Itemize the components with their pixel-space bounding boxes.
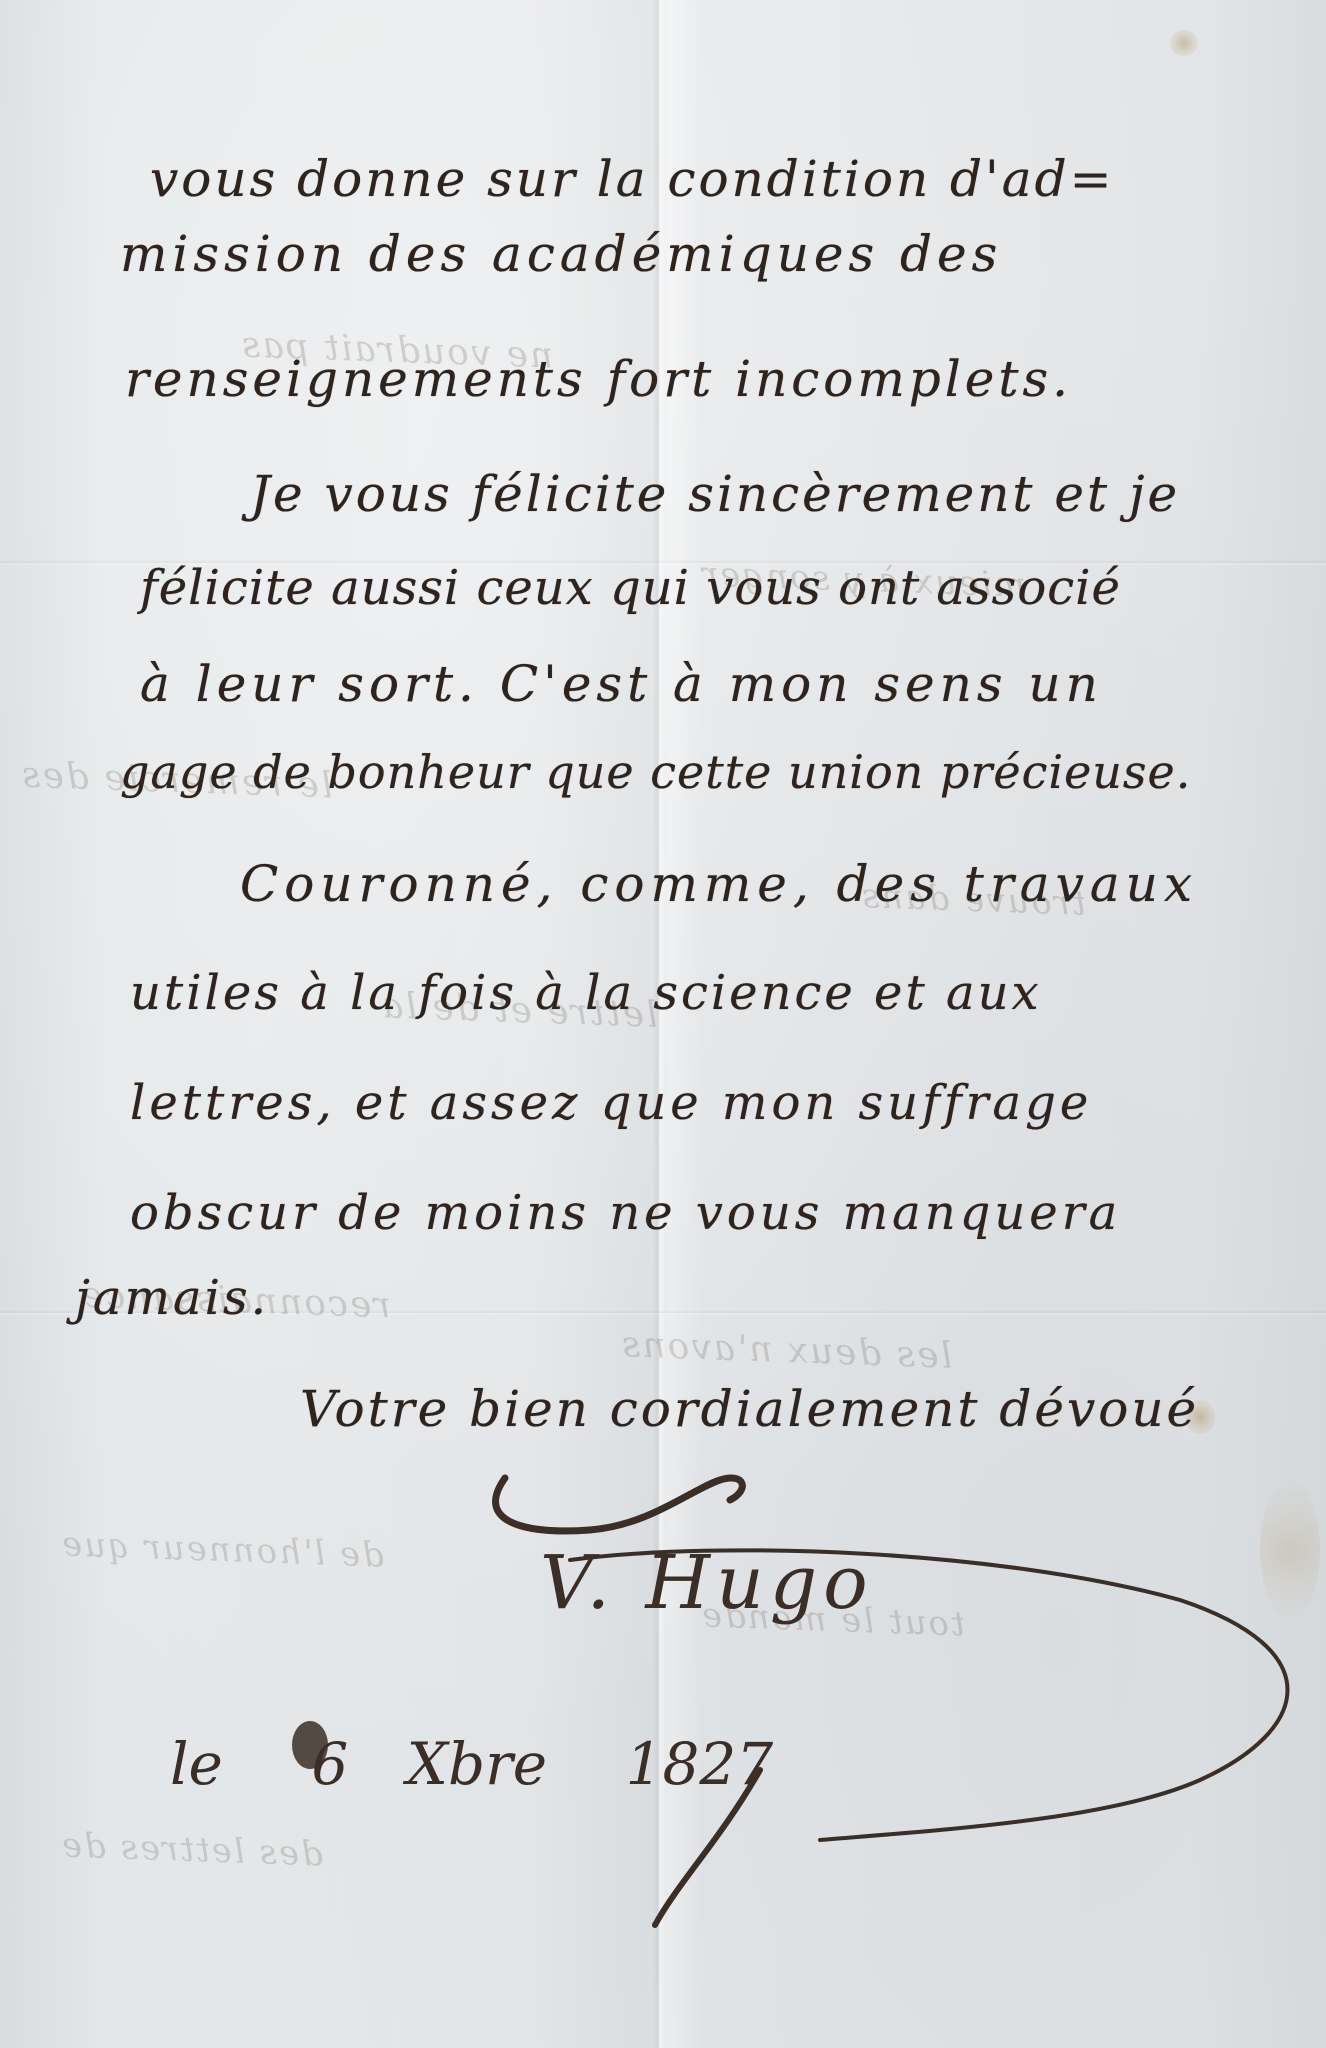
letter-line: renseignements fort incomplets.: [125, 350, 1072, 408]
show-through-text: de l'honneur que: [59, 1524, 384, 1575]
date-month: Xbre: [407, 1730, 547, 1798]
signature: V. Hugo: [540, 1540, 874, 1626]
letter-closing: Votre bien cordialement dévoué: [300, 1380, 1199, 1438]
paper-stain: [1260, 1480, 1320, 1620]
date-day: 6: [311, 1730, 348, 1798]
letter-line: Je vous félicite sincèrement et je: [250, 465, 1180, 523]
date-year: 1827: [626, 1730, 774, 1798]
show-through-text: des lettres de: [59, 1825, 323, 1874]
letter-line: mission des académiques des: [120, 225, 1002, 283]
letter-line: gage de bonheur que cette union précieus…: [120, 745, 1191, 799]
letter-line: utiles à la fois à la science et aux: [130, 965, 1042, 1021]
paper-stain: [1170, 30, 1198, 56]
show-through-text: les deux n'avons: [619, 1324, 952, 1377]
letter-date: le 6 Xbre 1827: [170, 1730, 773, 1798]
letter-line: vous donne sur la condition d'ad=: [150, 150, 1115, 208]
letter-line: Couronné, comme, des travaux: [240, 855, 1198, 913]
letter-line: à leur sort. C'est à mon sens un: [140, 655, 1103, 713]
letter-line: lettres, et assez que mon suffrage: [130, 1075, 1092, 1131]
date-prefix: le: [170, 1730, 223, 1798]
letter-line: félicite aussi ceux qui vous ont associé: [140, 560, 1121, 616]
letter-line: obscur de moins ne vous manquera: [130, 1185, 1121, 1241]
letter-page: ne voudrait pas mieux à y songer le reme…: [0, 0, 1326, 2048]
letter-line: jamais.: [75, 1270, 269, 1326]
